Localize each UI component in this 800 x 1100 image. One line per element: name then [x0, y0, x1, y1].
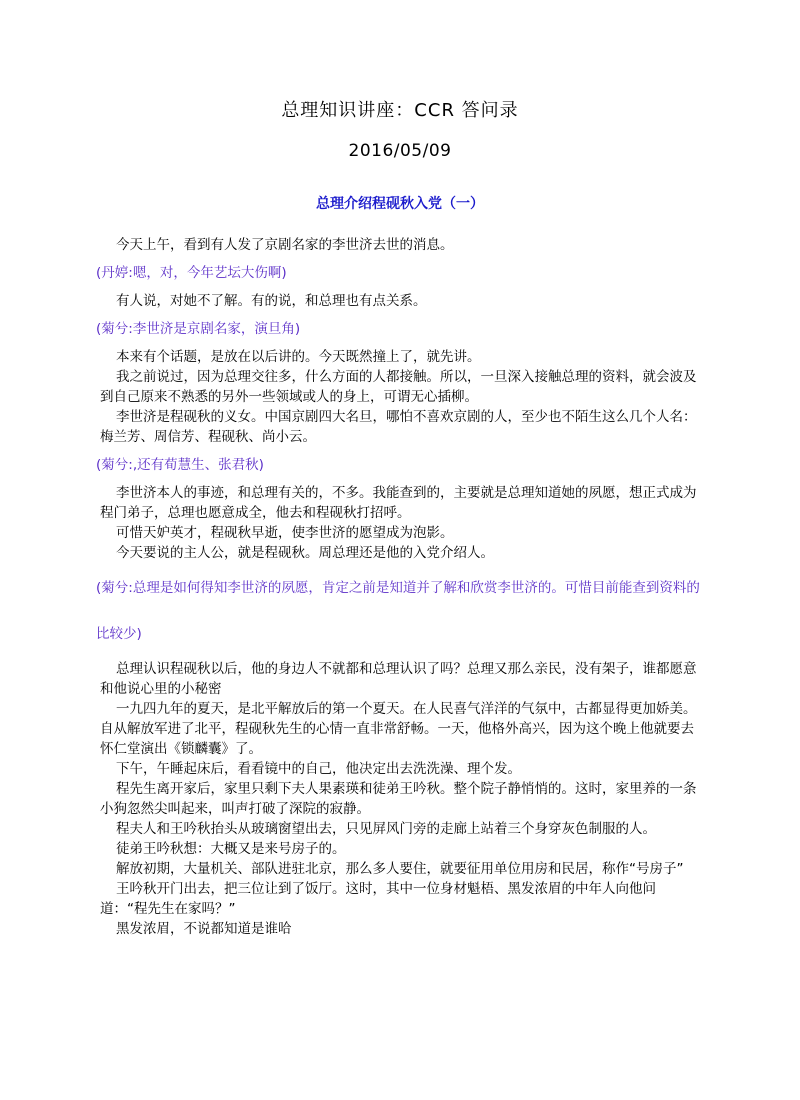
document-page: 总理知识讲座：CCR 答问录 2016/05/09 总理介绍程砚秋入党（一） 今…	[0, 0, 800, 1100]
reader-comment: (菊兮:总理是如何得知李世济的夙愿，肯定之前是知道并了解和欣赏李世济的。可惜目前…	[96, 565, 700, 657]
document-title: 总理知识讲座：CCR 答问录	[0, 96, 800, 122]
paragraph: 可惜天妒英才，程砚秋早逝，使李世济的愿望成为泡影。	[100, 523, 700, 543]
paragraph: 总理认识程砚秋以后，他的身边人不就都和总理认识了吗？总理又那么亲民，没有架子，谁…	[100, 659, 700, 699]
paragraph: 王吟秋开门出去，把三位让到了饭厅。这时，其中一位身材魁梧、黑发浓眉的中年人向他问…	[100, 879, 700, 919]
paragraph: 下午，午睡起床后，看看镜中的自己，他决定出去洗洗澡、理个发。	[100, 759, 700, 779]
paragraph: 今天要说的主人公，就是程砚秋。周总理还是他的入党介绍人。	[100, 543, 700, 563]
paragraph: 程先生离开家后，家里只剩下夫人果素瑛和徒弟王吟秋。整个院子静悄悄的。这时，家里养…	[100, 779, 700, 819]
reader-comment: (菊兮:李世济是京剧名家，演旦角)	[96, 319, 700, 339]
paragraph: 有人说，对她不了解。有的说，和总理也有点关系。	[100, 291, 700, 311]
paragraph: 程夫人和王吟秋抬头从玻璃窗望出去，只见屏风门旁的走廊上站着三个身穿灰色制服的人。	[100, 819, 700, 839]
paragraph: 一九四九年的夏天，是北平解放后的第一个夏天。在人民喜气洋洋的气氛中，古都显得更加…	[100, 699, 700, 759]
paragraph: 本来有个话题，是放在以后讲的。今天既然撞上了，就先讲。	[100, 347, 700, 367]
paragraph: 李世济本人的事迹，和总理有关的，不多。我能查到的，主要就是总理知道她的夙愿，想正…	[100, 483, 700, 523]
document-date: 2016/05/09	[0, 141, 800, 161]
paragraph: 徒弟王吟秋想：大概又是来号房子的。	[100, 839, 700, 859]
paragraph: 李世济是程砚秋的义女。中国京剧四大名旦，哪怕不喜欢京剧的人，至少也不陌生这么几个…	[100, 407, 700, 447]
document-body: 今天上午，看到有人发了京剧名家的李世济去世的消息。(丹婷:嗯，对，今年艺坛大伤啊…	[100, 235, 700, 939]
reader-comment: (菊兮:,还有荀慧生、张君秋)	[96, 455, 700, 475]
section-heading: 总理介绍程砚秋入党（一）	[0, 193, 800, 213]
paragraph: 解放初期，大量机关、部队进驻北京，那么多人要住，就要征用单位用房和民居，称作“号…	[100, 859, 700, 879]
paragraph: 今天上午，看到有人发了京剧名家的李世济去世的消息。	[100, 235, 700, 255]
paragraph: 我之前说过，因为总理交往多，什么方面的人都接触。所以，一旦深入接触总理的资料，就…	[100, 367, 700, 407]
reader-comment: (丹婷:嗯，对，今年艺坛大伤啊)	[96, 263, 700, 283]
paragraph: 黑发浓眉，不说都知道是谁哈	[100, 919, 700, 939]
